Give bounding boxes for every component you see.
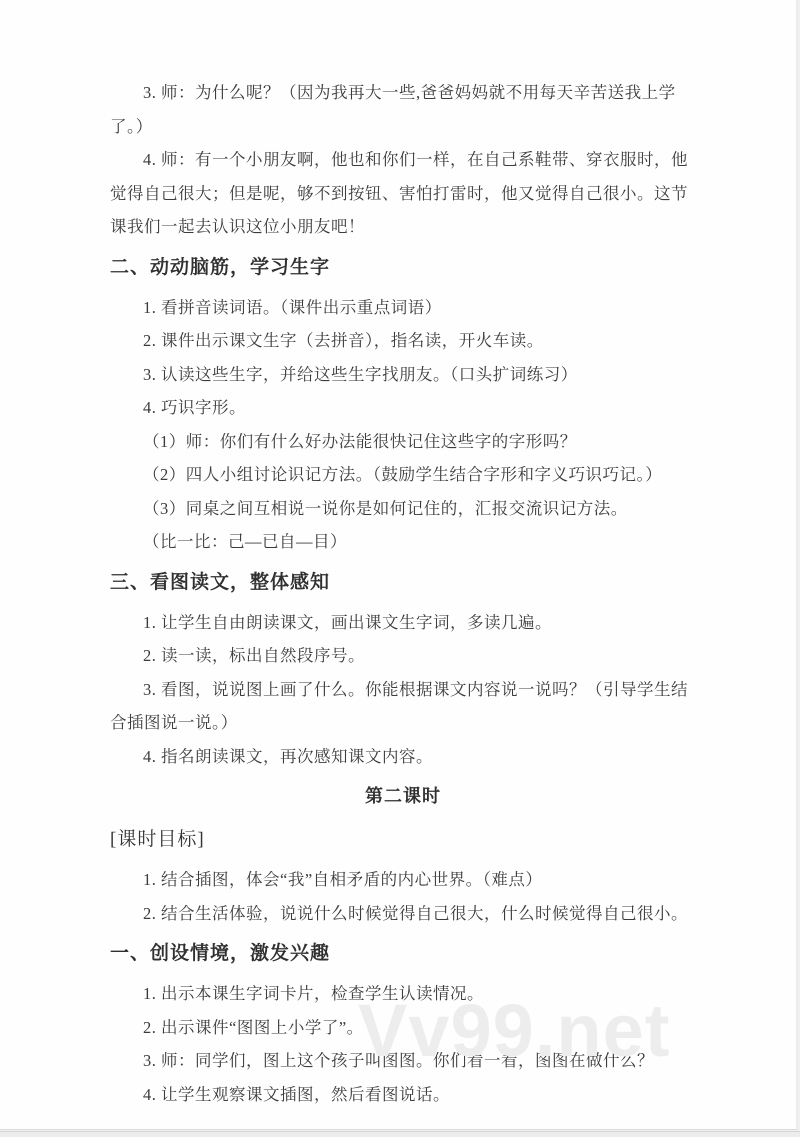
goal-item-1: 1. 结合插图，体会“我”自相矛盾的内心世界。（难点） <box>110 863 696 897</box>
section2-item-3: 3. 认读这些生字，并给这些生字找朋友。（口头扩词练习） <box>110 358 696 392</box>
lesson2-section1-item-1: 1. 出示本课生字词卡片，检查学生认读情况。 <box>110 977 696 1011</box>
goal-item-2: 2. 结合生活体验，说说什么时候觉得自己很大，什么时候觉得自己很小。 <box>110 897 696 931</box>
section2-subitem-3: （3）同桌之间互相说一说你是如何记住的，汇报交流识记方法。 <box>110 492 696 526</box>
lesson2-section1-item-4: 4. 让学生观察课文插图，然后看图说话。 <box>110 1078 696 1112</box>
lesson2-title: 第二课时 <box>110 779 696 813</box>
section-heading-3: 三、看图读文，整体感知 <box>110 566 696 600</box>
lesson2-section1-item-3: 3. 师：同学们，图上这个孩子叫图图。你们看一看，图图在做什么？ <box>110 1044 696 1078</box>
section3-item-2: 2. 读一读，标出自然段序号。 <box>110 639 696 673</box>
section2-compare-note: （比一比：己—已自—目） <box>110 525 696 559</box>
section2-subitem-2: （2）四人小组讨论识记方法。（鼓励学生结合字形和字义巧识巧记。） <box>110 458 696 492</box>
section2-item-2: 2. 课件出示课文生字（去拼音），指名读，开火车读。 <box>110 324 696 358</box>
section3-item-3: 3. 看图，说说图上画了什么。你能根据课文内容说一说吗？（引导学生结合插图说一说… <box>110 673 696 740</box>
section2-item-4: 4. 巧识字形。 <box>110 391 696 425</box>
section3-item-4: 4. 指名朗读课文，再次感知课文内容。 <box>110 740 696 774</box>
lesson-goals-heading: [课时目标] <box>110 823 696 857</box>
section3-item-1: 1. 让学生自由朗读课文，画出课文生字词，多读几遍。 <box>110 606 696 640</box>
teacher-dialog-item-4: 4. 师：有一个小朋友啊，他也和你们一样，在自己系鞋带、穿衣服时，他觉得自己很大… <box>110 143 696 244</box>
section-heading-2: 二、动动脑筋，学习生字 <box>110 251 696 285</box>
teacher-dialog-item-3: 3. 师：为什么呢？（因为我再大一些,爸爸妈妈就不用每天辛苦送我上学了。） <box>110 76 696 143</box>
document-page: 3. 师：为什么呢？（因为我再大一些,爸爸妈妈就不用每天辛苦送我上学了。） 4.… <box>0 0 798 1130</box>
lesson-plan-content: 3. 师：为什么呢？（因为我再大一些,爸爸妈妈就不用每天辛苦送我上学了。） 4.… <box>110 76 696 1111</box>
section-heading-1-lesson2: 一、创设情境，激发兴趣 <box>110 937 696 971</box>
page-bottom-edge <box>0 1131 800 1137</box>
section2-subitem-1: （1）师：你们有什么好办法能很快记住这些字的字形吗？ <box>110 425 696 459</box>
document-viewer: 3. 师：为什么呢？（因为我再大一些,爸爸妈妈就不用每天辛苦送我上学了。） 4.… <box>0 0 800 1137</box>
lesson2-section1-item-2: 2. 出示课件“图图上小学了”。 <box>110 1011 696 1045</box>
section2-item-1: 1. 看拼音读词语。（课件出示重点词语） <box>110 291 696 325</box>
